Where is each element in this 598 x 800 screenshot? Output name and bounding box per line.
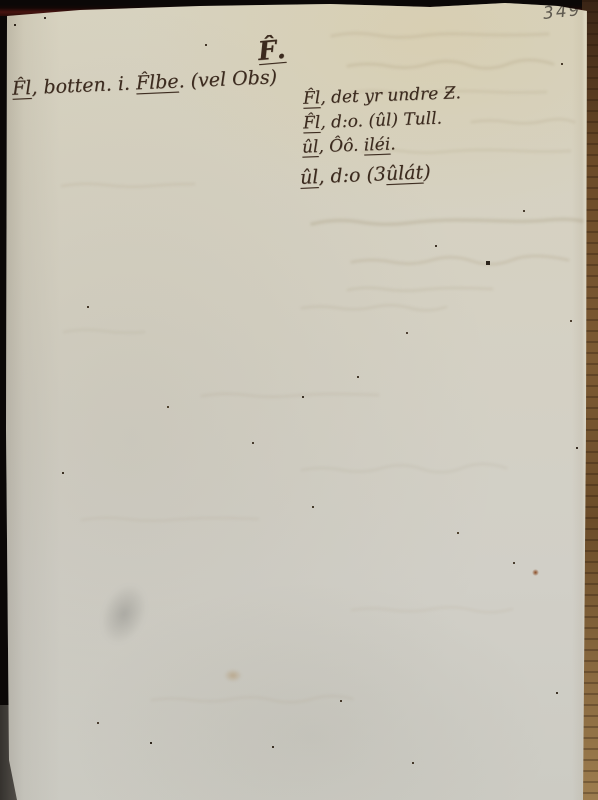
paper-stain: [224, 669, 242, 682]
manuscript-photo: 349 F̂. F̂l, botten. i. F̂lbe. (vel Obs)…: [0, 0, 598, 800]
entry-text: , d:o. (ûl) Tull.: [320, 109, 442, 133]
entry-text: .: [390, 134, 396, 154]
cross-reference: F̂lbe: [135, 71, 179, 95]
cross-reference: iléi: [364, 135, 391, 156]
dictionary-entry-right-3: ûl, Ôô. iléi.: [302, 134, 396, 157]
headword: F̂l: [303, 113, 321, 134]
entry-text: ): [423, 161, 431, 183]
entry-text: , d:o (3: [318, 163, 387, 188]
entry-text: , Ôô.: [318, 135, 364, 157]
cross-reference: ûlát: [385, 161, 423, 185]
headword: ûl: [300, 166, 319, 189]
section-header-text: F̂.: [257, 35, 287, 67]
show-through-writing: [0, 0, 598, 800]
headword: F̂l: [12, 77, 32, 100]
headword: ûl: [302, 137, 319, 158]
entry-text: , botten. i.: [31, 72, 137, 99]
entry-text: . (vel Obs): [178, 66, 277, 92]
section-header-letter: F̂.: [257, 35, 287, 67]
foxing-spot: [532, 569, 539, 576]
headword: F̂l: [303, 88, 321, 109]
manuscript-page: 349 F̂. F̂l, botten. i. F̂lbe. (vel Obs)…: [0, 0, 598, 800]
